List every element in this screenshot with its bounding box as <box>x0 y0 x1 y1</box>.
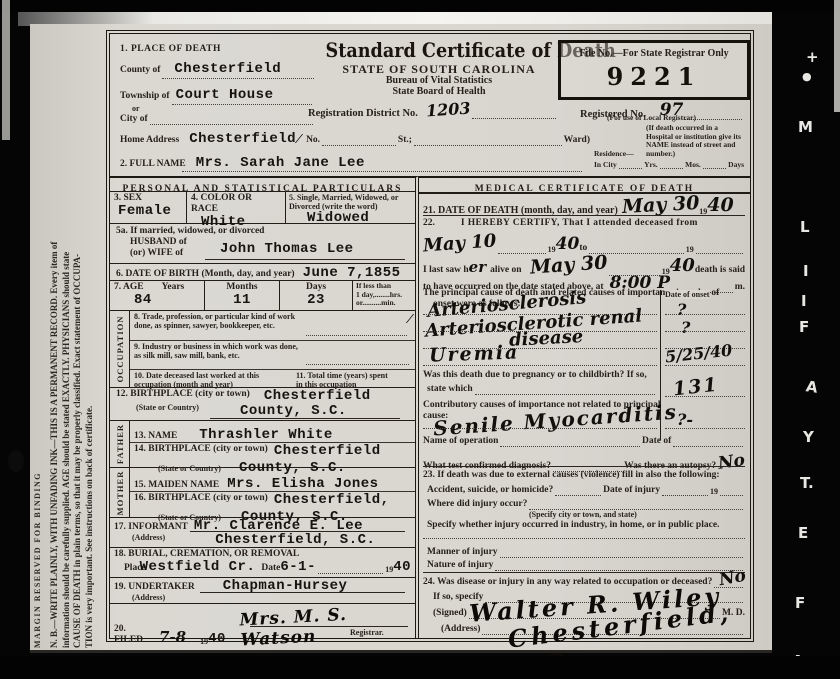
undertaker-value: Chapman-Hursey <box>223 579 348 593</box>
city-line <box>150 121 313 125</box>
nature-row: Nature of injury <box>427 560 745 571</box>
code-rule <box>665 396 745 397</box>
date-of-label: Date of <box>642 436 671 447</box>
film-edge-print: F <box>799 318 809 336</box>
film-edge-right <box>772 0 840 679</box>
filed-label: 20. FILED <box>114 624 153 646</box>
father-block: FATHER 13. NAME Thrashler White 14. BIRT… <box>110 421 415 468</box>
informant-addr-value: Chesterfield, S.C. <box>215 533 375 547</box>
film-edge-print: I <box>801 292 807 310</box>
home-address-value: Chesterfield <box>189 132 296 146</box>
accident-label: Accident, suicide, or homicide? <box>427 485 553 496</box>
attended-from-value: May 10 <box>422 230 497 256</box>
onset-rule <box>665 314 745 315</box>
burial-place-value: Westfield Cr. <box>140 560 256 574</box>
margin-reserved-text: MARGIN RESERVED FOR BINDING <box>33 30 42 648</box>
board-line: State Board of Health <box>310 86 568 97</box>
to-19: 19 <box>686 245 694 254</box>
contrib-onset-rule <box>665 428 745 429</box>
leader <box>662 492 708 496</box>
medical-header-text: MEDICAL CERTIFICATE OF DEATH <box>475 184 694 194</box>
race-label: 4. COLOR OR RACE <box>191 193 281 215</box>
cause-4-onset: 5/25/40 <box>664 341 733 367</box>
less-label-3: or..........min. <box>356 299 412 308</box>
father-bp-value-2: County, S.C. <box>239 460 346 476</box>
signed-label: (Signed) <box>433 608 467 619</box>
leader <box>500 443 640 447</box>
cause-4: Uremia <box>429 341 520 366</box>
personal-column: PERSONAL AND STATISTICAL PARTICULARS 3. … <box>110 176 419 638</box>
birthplace-value-1: Chesterfield <box>264 389 371 403</box>
county-line <box>162 78 314 79</box>
leader <box>318 570 383 574</box>
occupation-item9: 9. Industry or business in which work wa… <box>130 341 415 370</box>
film-edge-print: + <box>806 48 819 66</box>
father-fields: 13. NAME Thrashler White 14. BIRTHPLACE … <box>130 421 415 467</box>
filed-19: 19 <box>200 637 208 646</box>
rule <box>423 466 745 467</box>
age-row: 7. AGE Years 84 Months 11 Days 23 If les… <box>110 281 415 311</box>
where-label: Where did injury occur? <box>427 499 527 510</box>
filed-year-value: 40 <box>208 632 226 646</box>
occupation-side-label: OCCUPATION <box>115 316 125 383</box>
leader <box>720 492 743 496</box>
cause-rule <box>423 365 657 366</box>
occupation-block: OCCUPATION 8. Trade, profession, or part… <box>110 311 415 388</box>
film-edge-print: I <box>803 262 809 280</box>
leader <box>660 165 683 169</box>
certify-number: 22. <box>423 218 435 229</box>
months-value: 11 <box>209 293 275 307</box>
injury-19: 19 <box>710 487 718 496</box>
onset-rule <box>665 331 745 332</box>
film-edge-print: F <box>795 594 805 612</box>
pregnancy-question: Was this death due to pregnancy or to ch… <box>423 370 659 381</box>
item8-mark: ⁄ <box>409 312 411 326</box>
medical-column: MEDICAL CERTIFICATE OF DEATH 21. DATE OF… <box>419 176 750 638</box>
township-value: Court House <box>176 88 274 102</box>
file-number-box: File No.—For State Registrar Only 9221 <box>558 40 750 100</box>
mother-side-label: MOTHER <box>115 470 125 515</box>
state-which-row: state which <box>427 384 657 395</box>
item10-label: 10. Date deceased last worked at this oc… <box>134 371 284 389</box>
dod-year: 40 <box>707 194 733 216</box>
township-label: Township of <box>120 91 170 102</box>
filed-date-value: 7-8 <box>159 628 186 646</box>
undertaker-line <box>200 592 405 593</box>
operation-label: Name of operation <box>423 436 498 447</box>
state-which-label: state which <box>427 384 473 395</box>
state-line: STATE OF SOUTH CAROLINA <box>310 64 568 75</box>
registration-district-value: 1203 <box>425 98 471 120</box>
birthplace-value-2: County, S.C. <box>240 404 347 418</box>
birthplace-label: 12. BIRTHPLACE (city or town) <box>116 389 250 400</box>
sex-value: Female <box>118 204 182 218</box>
registration-district-row: Registration District No. 1203 <box>308 100 558 119</box>
occupation-side-cell: OCCUPATION <box>110 311 130 387</box>
local-registrar-note: (For use of Local Registrar) <box>607 114 696 123</box>
township-row: Township of Court House <box>120 88 330 102</box>
blank-rule <box>423 538 745 539</box>
mother-bp-label: 16. BIRTHPLACE (city or town) <box>134 493 268 504</box>
occupation-item8: 8. Trade, profession, or particular kind… <box>130 311 415 341</box>
no-label: No. <box>306 135 320 146</box>
informant-addr-label: (Address) <box>132 533 165 542</box>
county-label: County of <box>120 65 160 76</box>
race-cell: 4. COLOR OR RACE White <box>187 192 286 223</box>
st-line <box>414 142 562 146</box>
occupation-items: 8. Trade, profession, or particular kind… <box>130 311 415 387</box>
spouse-line <box>205 259 405 260</box>
item11-label: 11. Total time (years) spent in this occ… <box>296 371 391 389</box>
undertaker-row: 19. UNDERTAKER Chapman-Hursey (Address) <box>110 578 415 604</box>
informant-label: 17. INFORMANT <box>114 522 188 533</box>
yrs-label: Yrs. <box>644 161 658 170</box>
dob-label: 6. DATE OF BIRTH (Month, day, and year) <box>116 269 295 280</box>
margin-note-line: TION is very important. See instructions… <box>84 30 96 648</box>
burial-date-value: 6-1- <box>280 560 316 574</box>
leader <box>619 165 642 169</box>
father-name-row: 13. NAME Thrashler White <box>130 421 415 443</box>
leader <box>555 492 601 496</box>
or-label: or <box>132 104 140 113</box>
hospital-note: (If death occurred in a Hospital or inst… <box>646 124 746 158</box>
manner-label: Manner of injury <box>427 547 498 558</box>
film-edge-print: M <box>798 118 813 136</box>
spouse-value: John Thomas Lee <box>220 242 354 256</box>
spouse-label-1: 5a. If married, widowed, or divorced <box>116 226 409 237</box>
personal-header: PERSONAL AND STATISTICAL PARTICULARS <box>110 178 415 192</box>
margin-note-line: information should be carefully supplied… <box>61 30 73 648</box>
registrar-label: Registrar. <box>350 628 384 637</box>
filed-row: 20. FILED 7-8 19 40 Mrs. M. S. Watson Re… <box>110 604 415 640</box>
film-edge-print: T. <box>800 474 814 492</box>
full-name-label: 2. FULL NAME <box>120 159 186 170</box>
years-label: Years <box>162 282 185 293</box>
film-edge-bottom <box>0 656 840 679</box>
nature-label: Nature of injury <box>427 560 493 571</box>
burial-year-value: 40 <box>393 560 411 574</box>
from-year: 40 <box>556 234 580 254</box>
film-edge-print: L <box>800 218 810 236</box>
years-value: 84 <box>134 293 200 307</box>
father-name-label: 13. NAME <box>134 431 177 442</box>
leader <box>495 567 743 571</box>
leader <box>475 391 655 395</box>
where-row: Where did injury occur? <box>427 499 745 510</box>
mother-side-cell: MOTHER <box>110 468 130 517</box>
film-blemish <box>8 450 24 472</box>
file-number-value: 9221 <box>561 62 747 91</box>
film-edge-print: ● <box>802 70 812 83</box>
file-number-label: File No.—For State Registrar Only <box>561 48 747 59</box>
incity-label: In City <box>594 161 617 170</box>
spouse-row: 5a. If married, widowed, or divorced HUS… <box>110 224 415 264</box>
item8-label: 8. Trade, profession, or particular kind… <box>134 312 304 330</box>
informant-line <box>190 531 405 532</box>
sex-race-marital-row: 3. SEX Female 4. COLOR OR RACE White 5. … <box>110 192 415 224</box>
father-bp-value-1: Chesterfield <box>274 444 381 458</box>
cause-2-onset: ? <box>681 318 690 337</box>
manner-row: Manner of injury <box>427 547 745 558</box>
accident-row: Accident, suicide, or homicide? Date of … <box>427 485 745 496</box>
film-edge-print: E <box>798 524 808 542</box>
leader <box>703 165 726 169</box>
marital-cell: 5. Single, Married, Widowed, or Divorced… <box>286 192 415 223</box>
film-sprocket-sliver-right <box>834 0 840 112</box>
father-bp-sub: (State or Country) <box>158 464 221 473</box>
county-row: County of Chesterfield <box>120 62 320 76</box>
title-block: Standard Certificate of Death STATE OF S… <box>310 38 568 97</box>
city-row: City of <box>120 114 315 125</box>
death-certificate-form: 1. PLACE OF DEATH County of Chesterfield… <box>106 30 754 642</box>
township-line <box>172 104 312 105</box>
mother-bp-value-1: Chesterfield, <box>274 493 390 507</box>
bureau-line: Bureau of Vital Statistics <box>310 75 568 86</box>
undertaker-label: 19. UNDERTAKER <box>114 582 195 593</box>
microfilm-scan: MARGIN RESERVED FOR BINDING N. B.—WRITE … <box>0 0 840 679</box>
dob-row: 6. DATE OF BIRTH (Month, day, and year) … <box>110 264 415 281</box>
specify-note: Specify whether injury occurred in indus… <box>427 520 745 531</box>
autopsy-row: What test confirmed diagnosis? Was there… <box>423 452 745 472</box>
father-bp-label: 14. BIRTHPLACE (city or town) <box>134 444 268 455</box>
sex-cell: 3. SEX Female <box>110 192 187 223</box>
age-years-cell: 7. AGE Years 84 <box>110 281 205 310</box>
onset-rule <box>665 365 745 366</box>
film-edge-top <box>0 0 840 12</box>
full-name-value: Mrs. Sarah Jane Lee <box>196 156 365 170</box>
certificate-title: Standard Certificate of Death <box>325 38 552 62</box>
days-label: Days <box>728 161 744 170</box>
section-place-of-death: 1. PLACE OF DEATH <box>120 44 221 55</box>
full-name-row: 2. FULL NAME Mrs. Sarah Jane Lee <box>120 156 582 170</box>
rule <box>423 572 745 573</box>
marital-value: Widowed <box>307 211 412 225</box>
home-address-mark: ⁄ <box>298 132 300 146</box>
leader <box>673 443 743 447</box>
birthplace-row: 12. BIRTHPLACE (city or town) Chesterfie… <box>110 388 415 421</box>
mos-label: Mos. <box>685 161 701 170</box>
contributory-onset: ?- <box>677 410 693 429</box>
external-causes-label: 23. If death was due to external causes … <box>423 470 745 481</box>
st-label: St.; <box>398 135 412 146</box>
specify-city-note: (Specify city or town, and state) <box>529 510 637 519</box>
burial-19: 19 <box>385 565 393 574</box>
father-birthplace-row: 14. BIRTHPLACE (city or town) Chesterfie… <box>130 443 415 477</box>
birthplace-line <box>210 418 400 419</box>
leader <box>306 332 407 336</box>
film-edge-print: A <box>805 377 819 396</box>
margin-note-line: N. B.—WRITE PLAINLY, WITH UNFADING INK—T… <box>49 30 61 648</box>
item9-label: 9. Industry or business in which work wa… <box>134 342 304 360</box>
film-sprocket-sliver-left <box>2 0 10 140</box>
medical-header: MEDICAL CERTIFICATE OF DEATH <box>419 178 750 194</box>
mother-name-label: 15. MAIDEN NAME <box>134 480 219 491</box>
certify-row: 22. I HEREBY CERTIFY, That I attended de… <box>423 218 745 229</box>
city-label: City of <box>120 114 148 125</box>
no-line <box>322 142 396 146</box>
attended-from-row: May 10 19 40 to 19 <box>423 233 745 254</box>
margin-note-line: CAUSE OF DEATH in plain terms, so that i… <box>72 30 84 648</box>
registration-district-label: Registration District No. <box>308 108 418 119</box>
marital-label: 5. Single, Married, Widowed, or Divorced… <box>289 193 412 211</box>
county-value: Chesterfield <box>174 62 281 76</box>
informant-row: 17. INFORMANT Mr. Clarence E. Lee (Addre… <box>110 518 415 548</box>
injury-date-label: Date of injury <box>603 485 660 496</box>
address-label: (Address) <box>441 624 480 635</box>
onset-label: Date of onset <box>665 290 709 299</box>
leader <box>500 554 743 558</box>
ward-label: Ward) <box>564 135 590 146</box>
rule <box>423 215 745 216</box>
father-name-value: Thrashler White <box>199 428 333 442</box>
days-value: 23 <box>284 293 348 307</box>
binding-margin-note: MARGIN RESERVED FOR BINDING N. B.—WRITE … <box>33 30 95 648</box>
burial-row: 18. BURIAL, CREMATION, OR REMOVAL Place … <box>110 548 415 578</box>
age-months-cell: Months 11 <box>205 281 280 310</box>
home-address-label: Home Address <box>120 135 179 146</box>
film-edge-print: Y <box>803 428 814 446</box>
dob-value: June 7,1855 <box>303 266 401 280</box>
certify-text: I HEREBY CERTIFY, That I attended deceas… <box>461 218 698 229</box>
mother-name-value: Mrs. Elisha Jones <box>227 477 378 491</box>
contrib-rule <box>423 428 657 429</box>
father-side-label: FATHER <box>115 424 125 464</box>
from-19: 19 <box>548 245 556 254</box>
cause-1-onset: ? <box>677 300 686 319</box>
father-side-cell: FATHER <box>110 421 130 467</box>
leader <box>472 115 556 119</box>
leader <box>306 361 409 365</box>
operation-row: Name of operation Date of <box>423 436 745 447</box>
home-address-row: Home Address Chesterfield ⁄ No. St.; War… <box>120 132 590 146</box>
age-less-cell: If less than 1 day,........hrs. or......… <box>353 281 415 310</box>
burial-date-label: Date <box>261 563 280 574</box>
full-name-line <box>182 171 582 172</box>
undertaker-addr-label: (Address) <box>132 593 411 602</box>
date-of-death-row: 21. DATE OF DEATH (month, day, and year)… <box>423 194 745 216</box>
age-days-cell: Days 23 <box>280 281 353 310</box>
residence-fields: In City Yrs. Mos. Days <box>594 161 744 170</box>
registrar-sig-line <box>250 626 408 627</box>
